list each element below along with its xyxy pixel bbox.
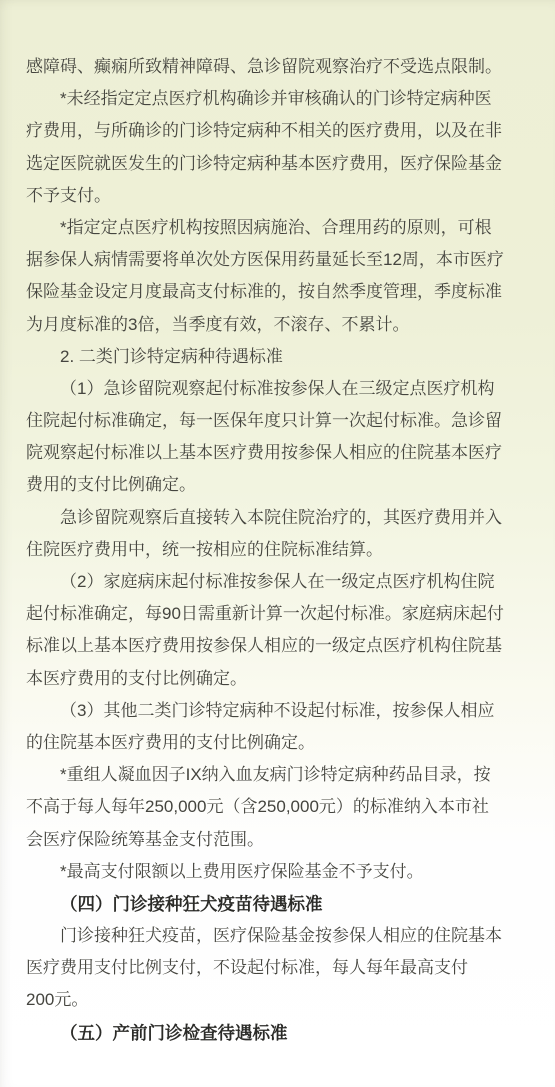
para-selection-limit-continuation: 感障碍、癫痫所致精神障碍、急诊留院观察治疗不受选点限制。 — [26, 51, 533, 83]
text-line: 疗费用，与所确诊的门诊特定病种不相关的医疗费用，以及在非 — [26, 115, 533, 147]
text-line: 门诊接种狂犬疫苗，医疗保险基金按参保人相应的住院基本 — [26, 920, 533, 952]
para-class2-otd-subtitle: 2. 二类门诊特定病种待遇标准 — [26, 341, 533, 373]
page: { "page": { "background_top": "#eef0d7",… — [0, 0, 555, 1087]
text-line: （3）其他二类门诊特定病种不设起付标准，按参保人相应 — [26, 695, 533, 727]
text-line: 本医疗费用的支付比例确定。 — [26, 663, 533, 695]
text-line: *未经指定定点医疗机构确诊并审核确认的门诊特定病种医 — [26, 83, 533, 115]
text-line: 住院医疗费用中，统一按相应的住院标准结算。 — [26, 534, 533, 566]
para-prescription-extension: *指定定点医疗机构按照因病施治、合理用药的原则，可根据参保人病情需要将单次处方医… — [26, 212, 533, 341]
text-line: 200元。 — [26, 984, 533, 1016]
text-line: 标准以上基本医疗费用按参保人相应的一级定点医疗机构住院基 — [26, 630, 533, 662]
text-line: （1）急诊留院观察起付标准按参保人在三级定点医疗机构 — [26, 373, 533, 405]
para-emergency-observation-standard: （1）急诊留院观察起付标准按参保人在三级定点医疗机构住院起付标准确定，每一医保年… — [26, 373, 533, 502]
text-line: 费用的支付比例确定。 — [26, 469, 533, 501]
text-line: 据参保人病情需要将单次处方医保用药量延长至12周，本市医疗 — [26, 244, 533, 276]
text-line: 不予支付。 — [26, 180, 533, 212]
para-other-class2-no-deductible: （3）其他二类门诊特定病种不设起付标准，按参保人相应的住院基本医疗费用的支付比例… — [26, 695, 533, 759]
text-line: 不高于每人每年250,000元（含250,000元）的标准纳入本市社 — [26, 791, 533, 823]
para-emergency-transfer-settlement: 急诊留院观察后直接转入本院住院治疗的，其医疗费用并入住院医疗费用中，统一按相应的… — [26, 502, 533, 566]
text-line: 住院起付标准确定，每一医保年度只计算一次起付标准。急诊留 — [26, 405, 533, 437]
text-line: 感障碍、癫痫所致精神障碍、急诊留院观察治疗不受选点限制。 — [26, 51, 533, 83]
text-line: 选定医院就医发生的门诊特定病种基本医疗费用，医疗保险基金 — [26, 148, 533, 180]
text-line: （五）产前门诊检查待遇标准 — [26, 1017, 533, 1049]
text-line: *指定定点医疗机构按照因病施治、合理用药的原则，可根 — [26, 212, 533, 244]
para-rabies-vaccine-detail: 门诊接种狂犬疫苗，医疗保险基金按参保人相应的住院基本医疗费用支付比例支付，不设起… — [26, 920, 533, 1017]
document-body: 感障碍、癫痫所致精神障碍、急诊留院观察治疗不受选点限制。*未经指定定点医疗机构确… — [0, 0, 555, 1049]
document-page: 感障碍、癫痫所致精神障碍、急诊留院观察治疗不受选点限制。*未经指定定点医疗机构确… — [0, 0, 555, 1087]
text-line: 急诊留院观察后直接转入本院住院治疗的，其医疗费用并入 — [26, 502, 533, 534]
text-line: （四）门诊接种狂犬疫苗待遇标准 — [26, 888, 533, 920]
text-line: 医疗费用支付比例支付，不设起付标准，每人每年最高支付 — [26, 952, 533, 984]
text-line: 会医疗保险统筹基金支付范围。 — [26, 824, 533, 856]
text-line: 保险基金设定月度最高支付标准的，按自然季度管理，季度标准 — [26, 276, 533, 308]
text-line: 2. 二类门诊特定病种待遇标准 — [26, 341, 533, 373]
text-line: 起付标准确定，每90日需重新计算一次起付标准。家庭病床起付 — [26, 598, 533, 630]
para-unconfirmed-otd-fees: *未经指定定点医疗机构确诊并审核确认的门诊特定病种医疗费用，与所确诊的门诊特定病… — [26, 83, 533, 212]
text-line: 的住院基本医疗费用的支付比例确定。 — [26, 727, 533, 759]
text-line: 院观察起付标准以上基本医疗费用按参保人相应的住院基本医疗 — [26, 437, 533, 469]
text-line: 为月度标准的3倍，当季度有效，不滚存、不累计。 — [26, 309, 533, 341]
text-line: *重组人凝血因子IX纳入血友病门诊特定病种药品目录，按 — [26, 759, 533, 791]
para-above-max-limit-not-paid: *最高支付限额以上费用医疗保险基金不予支付。 — [26, 856, 533, 888]
text-line: *最高支付限额以上费用医疗保险基金不予支付。 — [26, 856, 533, 888]
para-family-sickbed-standard: （2）家庭病床起付标准按参保人在一级定点医疗机构住院起付标准确定，每90日需重新… — [26, 566, 533, 695]
heading-section-4-rabies-vaccine: （四）门诊接种狂犬疫苗待遇标准 — [26, 888, 533, 920]
text-line: （2）家庭病床起付标准按参保人在一级定点医疗机构住院 — [26, 566, 533, 598]
para-coagulation-factor-ix: *重组人凝血因子IX纳入血友病门诊特定病种药品目录，按不高于每人每年250,00… — [26, 759, 533, 856]
heading-section-5-prenatal-checkup: （五）产前门诊检查待遇标准 — [26, 1017, 533, 1049]
